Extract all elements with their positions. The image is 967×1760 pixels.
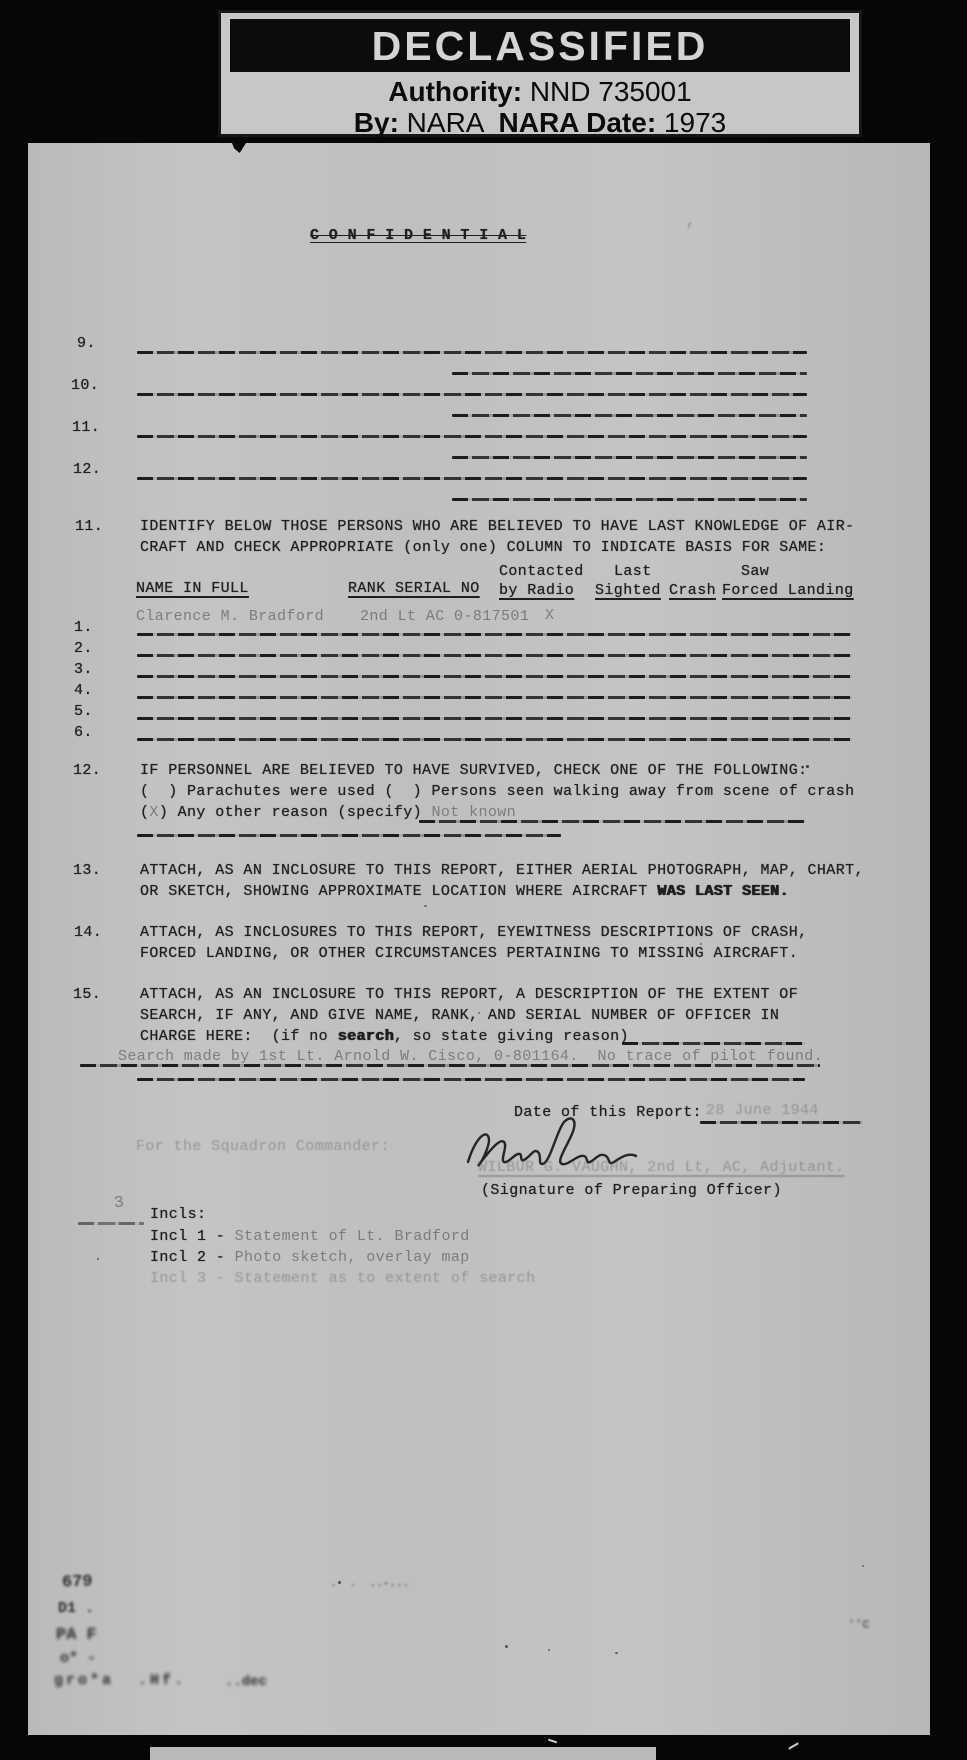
- col-header-sighted: Sighted: [595, 581, 661, 601]
- incl2-row: Incl 2 - Photo sketch, overlay map: [150, 1248, 470, 1268]
- ink-speck: [700, 943, 702, 945]
- search-line2: SEARCH, IF ANY, AND GIVE NAME, RANK, AND…: [140, 1006, 779, 1026]
- incl1-row: Incl 1 - Statement of Lt. Bradford: [150, 1227, 470, 1247]
- survived-line3: (X) Any other reason (specify) Not known: [140, 803, 516, 823]
- incl2-value: Photo sketch, overlay map: [235, 1249, 470, 1266]
- search-note-underline: [80, 1064, 820, 1067]
- item-12-number: 12.: [73, 460, 101, 480]
- blank-line: [137, 393, 807, 396]
- search-line3: CHARGE HERE: (if no search, so state giv…: [140, 1027, 638, 1047]
- identify-item-number: 11.: [75, 517, 103, 537]
- item-9-number: 9.: [77, 334, 96, 354]
- incl2-label: Incl 2 -: [150, 1249, 235, 1266]
- col-header-crash: Crash: [669, 581, 716, 601]
- next-page-sliver: [150, 1747, 656, 1760]
- ink-speck: [806, 765, 809, 768]
- nara-date-label: NARA Date:: [499, 107, 657, 138]
- blank-line: [137, 477, 807, 480]
- declassified-title: DECLASSIFIED: [230, 19, 850, 72]
- specify-value: Not known: [431, 804, 516, 821]
- reason-blank-line: [622, 1042, 805, 1045]
- attach-photo-line1: ATTACH, AS AN INCLOSURE TO THIS REPORT, …: [140, 861, 864, 881]
- nara-date-value: 1973: [656, 107, 726, 138]
- scanned-document-page: DECLASSIFIED Authority: NND 735001 By: N…: [0, 0, 967, 1760]
- incls-label: Incls:: [150, 1205, 206, 1225]
- stray-pen-mark: ’: [684, 222, 695, 242]
- separator-line: [137, 834, 561, 837]
- survived-line3-text: ) Any other reason (specify): [159, 804, 432, 821]
- ink-smudge: . . ..-...: [330, 1578, 409, 1590]
- col-header-name: NAME IN FULL: [136, 579, 249, 599]
- search-line1: ATTACH, AS AN INCLOSURE TO THIS REPORT, …: [140, 985, 798, 1005]
- attach-witness-line2: FORCED LANDING, OR OTHER CIRCUMSTANCES P…: [140, 944, 798, 964]
- col-header-rank-serial: RANK SERIAL NO: [348, 579, 480, 599]
- nara-line: By: NARA NARA Date: 1973: [221, 107, 859, 138]
- blank-line: [452, 498, 807, 501]
- ink-smudge: ..dec: [225, 1674, 267, 1690]
- ink-speck: [505, 1645, 508, 1648]
- incl3-label: Incl 3 -: [150, 1270, 235, 1287]
- authority-value: NND 735001: [522, 76, 692, 107]
- table-row-line: [137, 717, 852, 720]
- table-row-number: 5.: [74, 702, 93, 722]
- table-row-line: [137, 696, 852, 699]
- incl3-row: Incl 3 - Statement as to extent of searc…: [150, 1269, 535, 1289]
- table-row-number: 2.: [74, 639, 93, 659]
- survived-line1: IF PERSONNEL ARE BELIEVED TO HAVE SURVIV…: [140, 761, 808, 781]
- search-line3-post: , so state giving reason): [394, 1028, 638, 1045]
- table-row-line: [137, 633, 852, 636]
- ink-speck: [97, 1258, 99, 1260]
- item-11-number: 11.: [72, 418, 100, 438]
- ink-smudge: o* -: [60, 1650, 96, 1667]
- ink-smudge: gro*a .Hf.: [54, 1672, 186, 1689]
- blank-line: [137, 351, 807, 354]
- identify-line1: IDENTIFY BELOW THOSE PERSONS WHO ARE BEL…: [140, 517, 855, 537]
- incl1-label: Incl 1 -: [150, 1228, 235, 1245]
- ink-smudge: PA F: [56, 1626, 97, 1645]
- ink-smudge: 679: [62, 1572, 93, 1592]
- was-last-seen-overtype: WAS LAST SEEN.: [657, 883, 789, 900]
- by-label: By:: [354, 107, 399, 138]
- search-line3-pre: CHARGE HERE: (if no: [140, 1028, 337, 1045]
- incl3-value: Statement as to extent of search: [235, 1270, 536, 1287]
- attach-witness-number: 14.: [74, 923, 102, 943]
- authority-line: Authority: NND 735001: [221, 76, 859, 107]
- col-header-contacted: Contacted: [499, 562, 584, 582]
- col-header-forced-landing: Forced Landing: [722, 581, 854, 601]
- for-commander-line: For the Squadron Commander:: [136, 1137, 390, 1157]
- ink-speck: [478, 1012, 480, 1014]
- attach-photo-line2: OR SKETCH, SHOWING APPROXIMATE LOCATION …: [140, 882, 789, 902]
- incl-count-pencil: 3: [113, 1194, 126, 1215]
- report-date-value: 28 June 1944: [706, 1101, 819, 1121]
- identify-line2: CRAFT AND CHECK APPROPRIATE (only one) C…: [140, 538, 826, 558]
- paren-open: (: [140, 804, 149, 821]
- declassified-banner: DECLASSIFIED Authority: NND 735001 By: N…: [218, 10, 862, 137]
- col-header-by-radio: by Radio: [499, 581, 574, 601]
- separator-line: [137, 1078, 805, 1081]
- blank-line: [137, 435, 807, 438]
- ink-speck: [548, 1649, 550, 1651]
- attach-witness-line1: ATTACH, AS INCLOSURES TO THIS REPORT, EY…: [140, 923, 808, 943]
- table-row-line: [137, 738, 852, 741]
- item-10-number: 10.: [71, 376, 99, 396]
- ink-speck: [615, 1652, 618, 1654]
- row1-rank-serial: 2nd Lt AC 0-817501: [360, 607, 529, 627]
- blank-line: [452, 372, 807, 375]
- ink-speck: [424, 905, 427, 907]
- blank-line: [452, 456, 807, 459]
- row1-radio-check: X: [545, 606, 554, 626]
- blank-line: [452, 414, 807, 417]
- incl-count-underline: [78, 1222, 144, 1225]
- survived-line2: ( ) Parachutes were used ( ) Persons see…: [140, 782, 855, 802]
- search-word-overtype: search: [337, 1028, 393, 1045]
- by-value: NARA: [399, 107, 499, 138]
- col-header-saw: Saw: [741, 562, 769, 582]
- table-row-line: [137, 675, 852, 678]
- preparer-typed-name: WILBUR G. VAUGHN, 2nd Lt, AC, Adjutant.: [478, 1158, 845, 1178]
- table-row-number: 4.: [74, 681, 93, 701]
- ink-speck: [556, 868, 558, 870]
- table-row-number: 3.: [74, 660, 93, 680]
- survived-item-number: 12.: [73, 761, 101, 781]
- row1-name: Clarence M. Bradford: [136, 607, 324, 627]
- date-blank-line: [700, 1121, 862, 1124]
- incl1-value: Statement of Lt. Bradford: [235, 1228, 470, 1245]
- classification-heading: C O N F I D E N T I A L: [310, 226, 526, 246]
- signature-caption: (Signature of Preparing Officer): [481, 1181, 782, 1201]
- table-row-number: 6.: [74, 723, 93, 743]
- search-item-number: 15.: [73, 985, 101, 1005]
- table-row-line: [137, 654, 852, 657]
- ink-speck: [338, 1581, 341, 1584]
- table-row-number: 1.: [74, 618, 93, 638]
- authority-label: Authority:: [388, 76, 522, 107]
- ink-smudge: D1 .: [58, 1600, 94, 1617]
- attach-photo-line2-pre: OR SKETCH, SHOWING APPROXIMATE LOCATION …: [140, 883, 657, 900]
- ink-speck: [862, 1565, 864, 1567]
- ink-smudge: ''C: [848, 1618, 870, 1632]
- any-other-reason-check: X: [149, 804, 158, 821]
- attach-photo-number: 13.: [73, 861, 101, 881]
- col-header-last: Last: [614, 562, 652, 582]
